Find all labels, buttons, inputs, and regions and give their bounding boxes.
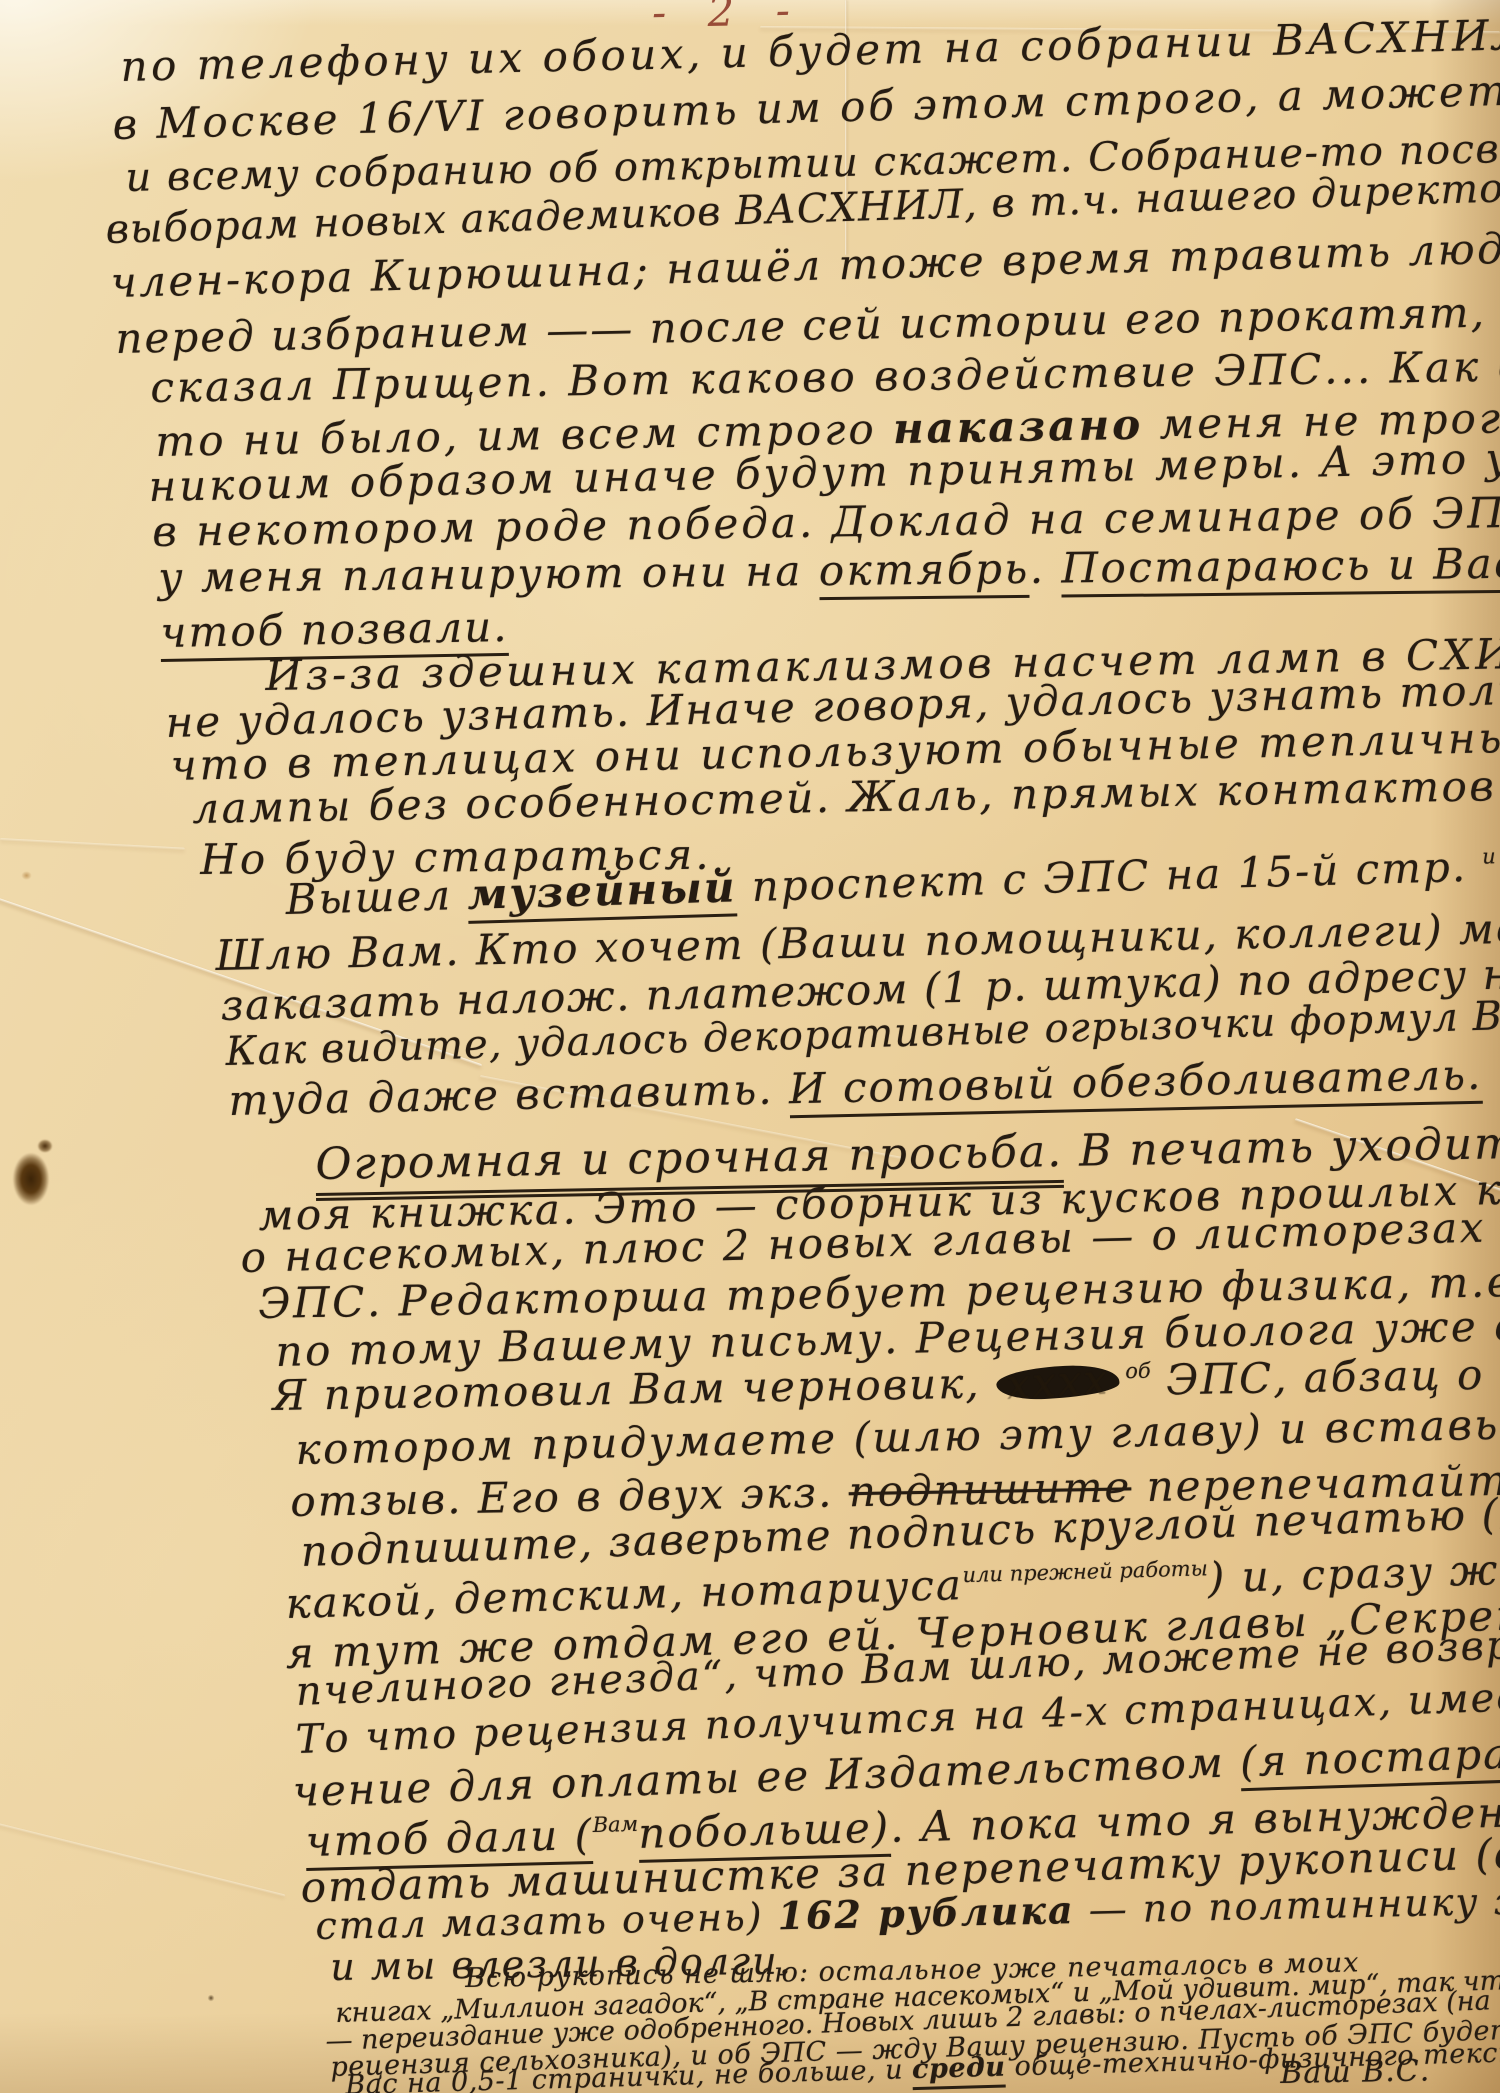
letter-text-segment: или прежней работы [962, 1556, 1208, 1587]
letter-text-segment: Вам [592, 1812, 638, 1837]
letter-text-segment: Постараюсь и Вас [1061, 539, 1500, 598]
ink-stain [8, 1146, 54, 1212]
letter-page: - 2 - по телефону их обоих, и будет на с… [0, 0, 1500, 2093]
paper-speck [20, 870, 33, 881]
ink-blot: хххх [995, 1363, 1119, 1401]
paper-speck [207, 1994, 215, 2002]
ink-stain [36, 1138, 54, 1154]
letter-text-segment: Вышел [285, 870, 468, 924]
paper-crease [0, 1822, 285, 1897]
letter-text-segment: и 8-й об. [1482, 842, 1500, 869]
letter-text-segment: октябрь [819, 544, 1030, 600]
letter-text-segment: об [1118, 1359, 1151, 1384]
letter-text-segment: туда даже вставить. [228, 1064, 789, 1125]
paper-crease [0, 838, 185, 851]
letter-text-segment: (я постараюсь [1239, 1726, 1500, 1791]
letter-text-segment: И сотовый обезболиватель. [788, 1050, 1482, 1119]
letter-text-segment: среди [912, 2052, 1006, 2091]
letter-text-segment: музейный [467, 862, 737, 923]
letter-text-segment: 162 рублика [777, 1887, 1075, 1938]
letter-line: Ваш В.С. [1280, 2053, 1431, 2091]
letter-text-segment: Ваш В.С. [1280, 2053, 1431, 2091]
letter-text-segment: проспект с ЭПС на 15-й стр. [736, 842, 1483, 912]
letter-text-segment: . [1029, 544, 1061, 593]
letter-text-segment: у меня планируют они на [158, 546, 819, 602]
letter-text-segment: ЭПС, абзац о [1150, 1350, 1484, 1405]
